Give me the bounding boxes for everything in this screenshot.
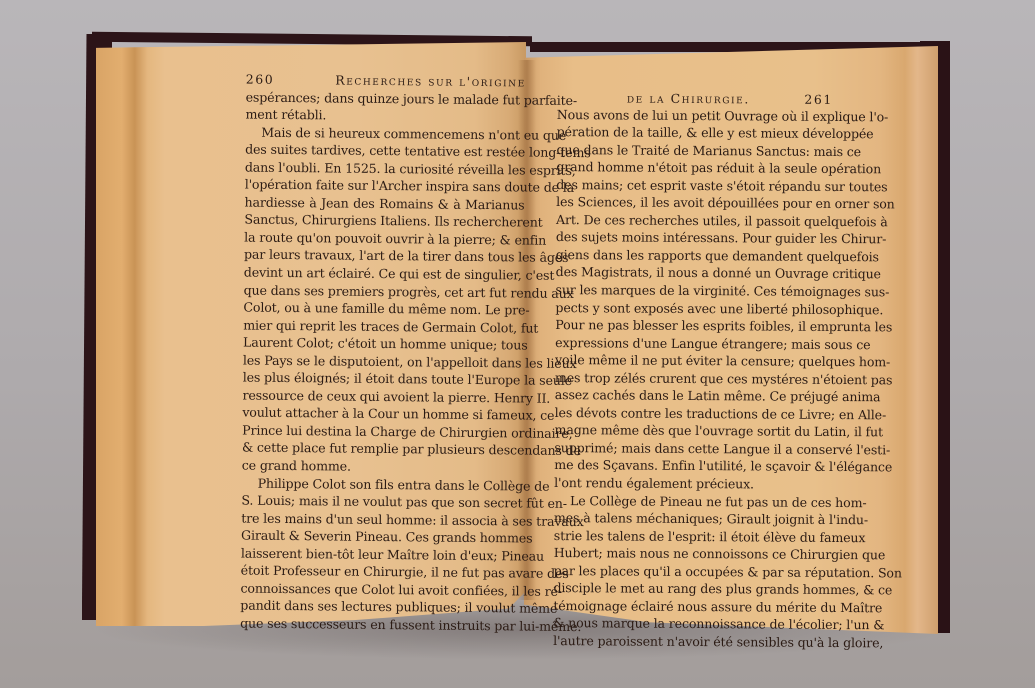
right-page-text: de la Chirurgie. 261 Nous avons de lui u… (553, 89, 833, 651)
text-line: devint un art éclairé. Ce qui est de sin… (244, 264, 524, 284)
text-line: strie les talens de l'esprit: il étoit é… (554, 527, 830, 546)
text-line: Pour ne pas blesser les esprits foibles,… (555, 316, 831, 335)
text-line: que dans le Traité de Marianus Sanctus: … (556, 141, 832, 160)
running-head: de la Chirurgie. (627, 90, 750, 108)
text-line: des sujets moins intéressans. Pour guide… (556, 228, 832, 247)
text-line: pects y sont exposés avec une liberté ph… (555, 299, 831, 318)
text-line: témoignage éclairé nous assure du mérite… (553, 597, 829, 616)
page-number: 260 (246, 71, 275, 89)
text-line: Nous avons de lui un petit Ouvrage où il… (557, 106, 833, 125)
text-line: Art. De ces recherches utiles, il passoi… (556, 211, 832, 230)
right-page-header: de la Chirurgie. 261 (627, 90, 833, 109)
text-line: voile même il ne put éviter la censure; … (555, 351, 831, 370)
text-line: l'autre paroissent n'avoir été sensibles… (553, 632, 829, 651)
text-line: les dévots contre les traductions de ce … (555, 404, 831, 423)
text-line: Le Collège de Pineau ne fut pas un de ce… (554, 492, 830, 511)
text-line: giens dans les rapports que demandent qu… (556, 246, 832, 265)
text-line: des Magistrats, il nous a donné un Ouvra… (556, 264, 832, 283)
text-line: mes à talens méchaniques; Girault joigni… (554, 509, 830, 528)
page-number: 261 (804, 91, 833, 109)
left-page-body: espérances; dans quinze jours le malade … (240, 88, 526, 635)
text-line: grand homme n'étoit pas réduit à la seul… (556, 158, 832, 177)
text-line: magne même dès que l'ouvrage sortit du L… (555, 421, 831, 440)
text-line: disciple le met au rang des plus grands … (553, 579, 829, 598)
left-page-text: 260 Recherches sur l'origine espérances;… (240, 71, 526, 635)
text-line: assez cachés dans le Latin même. Ce préj… (555, 386, 831, 405)
text-line: des mains; cet esprit vaste s'étoit répa… (556, 176, 832, 195)
text-line: supprimé; mais dans cette Langue il a co… (554, 439, 830, 458)
text-line: les Sciences, il les avoit dépouillées p… (556, 193, 832, 212)
right-page-body: Nous avons de lui un petit Ouvrage où il… (553, 106, 833, 652)
text-line: & nous marque la reconnoissance de l'éco… (553, 614, 829, 633)
text-line: Hubert; mais nous ne connoissons ce Chir… (554, 544, 830, 563)
text-line: l'ont rendu également précieux. (554, 474, 830, 493)
text-line: sur les marques de la virginité. Ces tém… (555, 281, 831, 300)
running-head: Recherches sur l'origine (335, 71, 526, 91)
text-line: expressions d'une Langue étrangere; mais… (555, 334, 831, 353)
text-line: me des Sçavans. Enfin l'utilité, le sçav… (554, 457, 830, 476)
text-line: par les places qu'il a occupées & par sa… (554, 562, 830, 581)
text-line: pération de la taille, & elle y est mieu… (557, 123, 833, 142)
text-line: mes trop zélés crurent que ces mystéres … (555, 369, 831, 388)
text-line: que ses successeurs en fussent instruits… (240, 614, 520, 634)
